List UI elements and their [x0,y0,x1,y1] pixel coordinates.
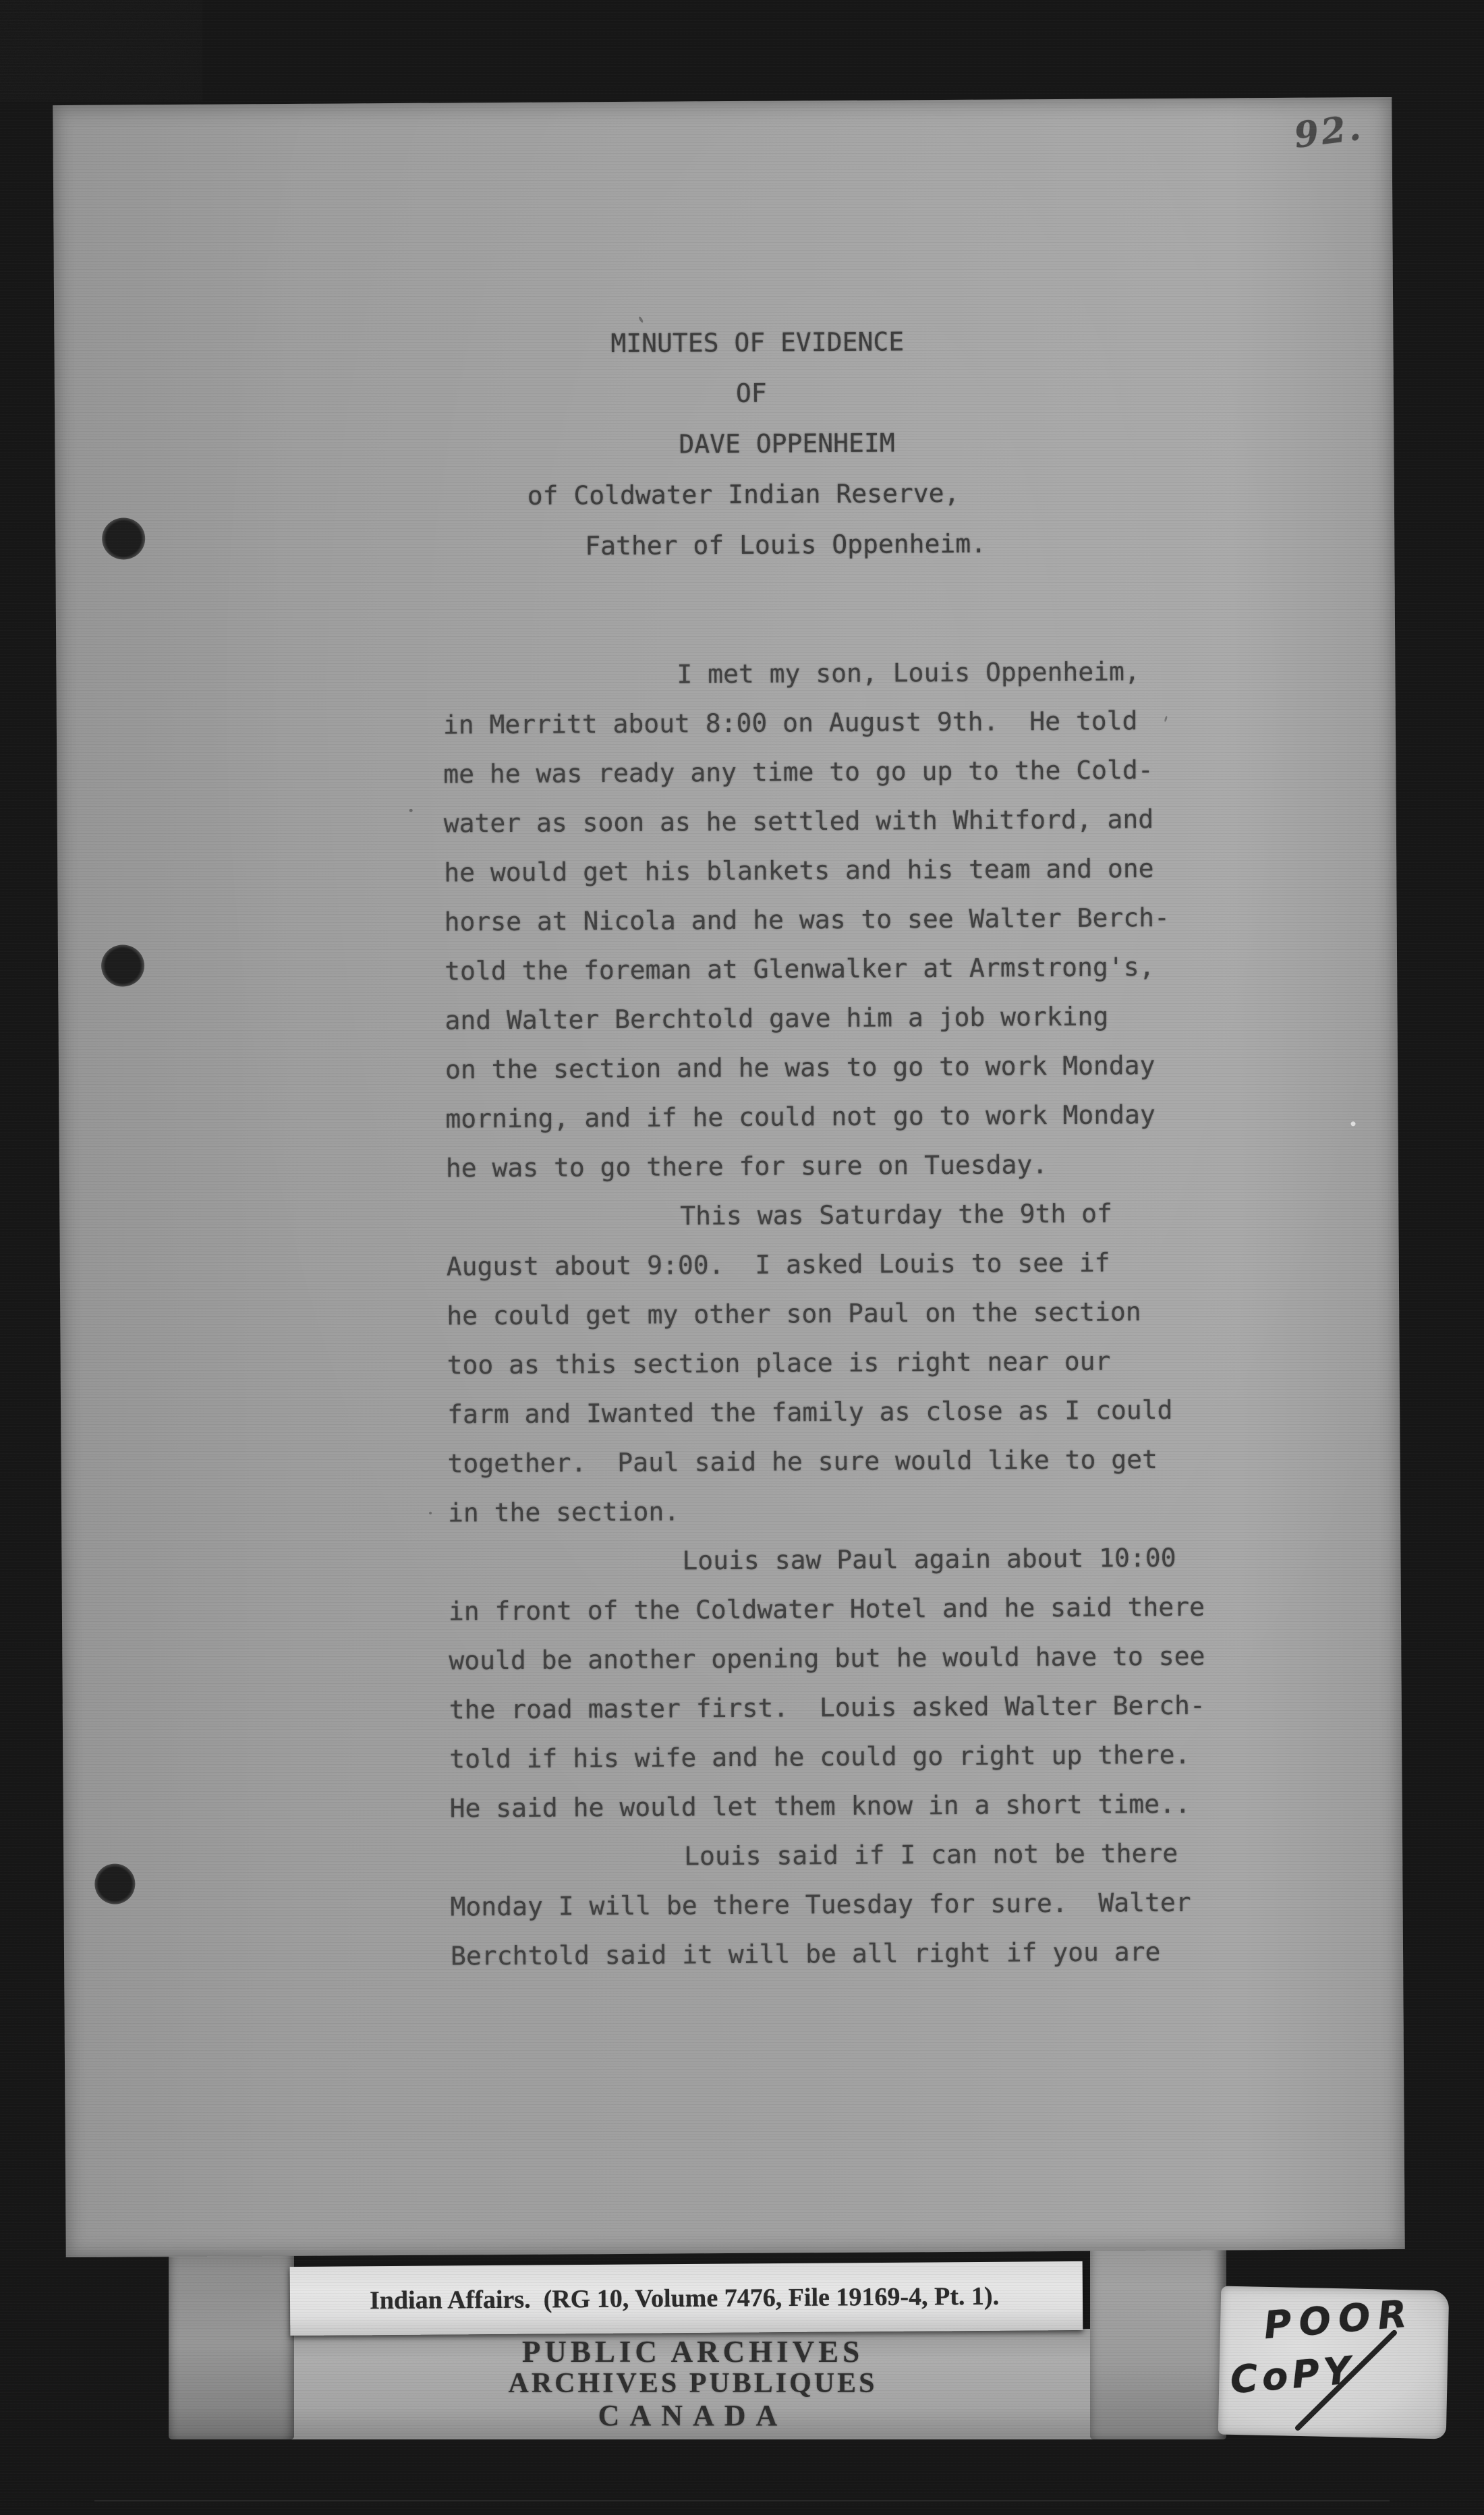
typewritten-line: told if his wife and he could go right u… [449,1730,1272,1784]
typewritten-line: in Merritt about 8:00 on August 9th. He … [443,696,1266,750]
archives-stamp-line-english: PUBLIC ARCHIVES [288,2336,1097,2368]
typewritten-line: Monday I will be there Tuesday for sure.… [450,1877,1273,1931]
typewritten-line: he was to go there for sure on Tuesday. [446,1139,1269,1193]
typewritten-line: This was Saturday the 9th of [446,1188,1269,1242]
typewritten-line: horse at Nicola and he was to see Walter… [444,893,1267,946]
punch-hole-top [102,517,145,559]
typewritten-line: he would get his blankets and his team a… [444,843,1267,897]
handwritten-page-number: 92. [1292,107,1365,157]
typewritten-line: told the foreman at Glenwalker at Armstr… [445,942,1267,996]
typewritten-line: on the section and he was to go to work … [445,1040,1268,1094]
typewritten-line: He said he would let them know in a shor… [449,1779,1272,1833]
archives-stamp-band: PUBLIC ARCHIVES ARCHIVES PUBLIQUES CANAD… [197,2329,1097,2439]
archives-stamp-text: PUBLIC ARCHIVES ARCHIVES PUBLIQUES CANAD… [197,2329,1097,2433]
poor-copy-line1: POOR [1262,2292,1416,2348]
typewritten-line: and Walter Berchtold gave him a job work… [445,991,1267,1045]
title-block: MINUTES OF EVIDENCEOFDAVE OPPENHEIMof Co… [53,97,1392,105]
typewritten-line: I met my son, Louis Oppenheim, [443,646,1265,700]
typewritten-line: together. Paul said he sure would like t… [447,1434,1270,1488]
title-line: Father of Louis Oppenheim. [585,519,986,571]
poor-copy-note: POOR CoPY [1218,2286,1450,2439]
typewritten-line: in the section. [448,1483,1271,1537]
stamp-foot-right [1090,2220,1226,2439]
film-scratch [94,2500,1390,2502]
document-page: 92. MINUTES OF EVIDENCEOFDAVE OPPENHEIMo… [53,97,1404,2257]
archives-stamp-line-canada: CANADA [288,2399,1097,2433]
film-grain-overlay [0,0,202,101]
typewritten-line: Louis saw Paul again about 10:00 [448,1533,1271,1587]
paper-speck [1351,1121,1356,1126]
typewritten-line: water as soon as he settled with Whitfor… [444,794,1267,848]
title-line: OF [736,369,767,418]
typewritten-line: too as this section place is right near … [447,1336,1269,1390]
typewritten-line: August about 9:00. I asked Louis to see … [447,1237,1269,1291]
stamp-foot-left [169,2225,294,2439]
typewritten-line: Louis said if I can not be there [450,1828,1273,1882]
typewritten-line: he could get my other son Paul on the se… [447,1287,1269,1340]
typewritten-line: morning, and if he could not go to work … [445,1090,1268,1143]
typewritten-line: would be another opening but he would ha… [449,1631,1272,1685]
title-line: DAVE OPPENHEIM [679,418,895,469]
title-line: of Coldwater Indian Reserve, [527,469,960,521]
typewritten-line: me he was ready any time to go up to the… [443,745,1266,799]
typewritten-line: in front of the Coldwater Hotel and he s… [449,1582,1272,1636]
poor-copy-line2: CoPY [1228,2348,1357,2402]
archive-reference-text: Indian Affairs. (RG 10, Volume 7476, Fil… [290,2282,999,2316]
scanned-document-photo: { "document": { "page_number": "92.", "t… [0,0,1484,2515]
typewritten-line: the road master first. Louis asked Walte… [449,1680,1272,1734]
typewritten-line: Berchtold said it will be all right if y… [451,1927,1274,1981]
archive-reference-label: Indian Affairs. (RG 10, Volume 7476, Fil… [290,2261,1083,2336]
punch-hole-bottom [94,1863,135,1904]
document-body: I met my son, Louis Oppenheim,in Merritt… [443,646,1274,1981]
paper-speck [429,1512,432,1515]
title-line: MINUTES OF EVIDENCE [610,317,904,368]
typewritten-line: farm and Iwanted the family as close as … [447,1385,1270,1439]
paper-speck [409,809,413,812]
punch-hole-middle [101,944,144,986]
archives-stamp-line-french: ARCHIVES PUBLIQUES [288,2368,1097,2399]
